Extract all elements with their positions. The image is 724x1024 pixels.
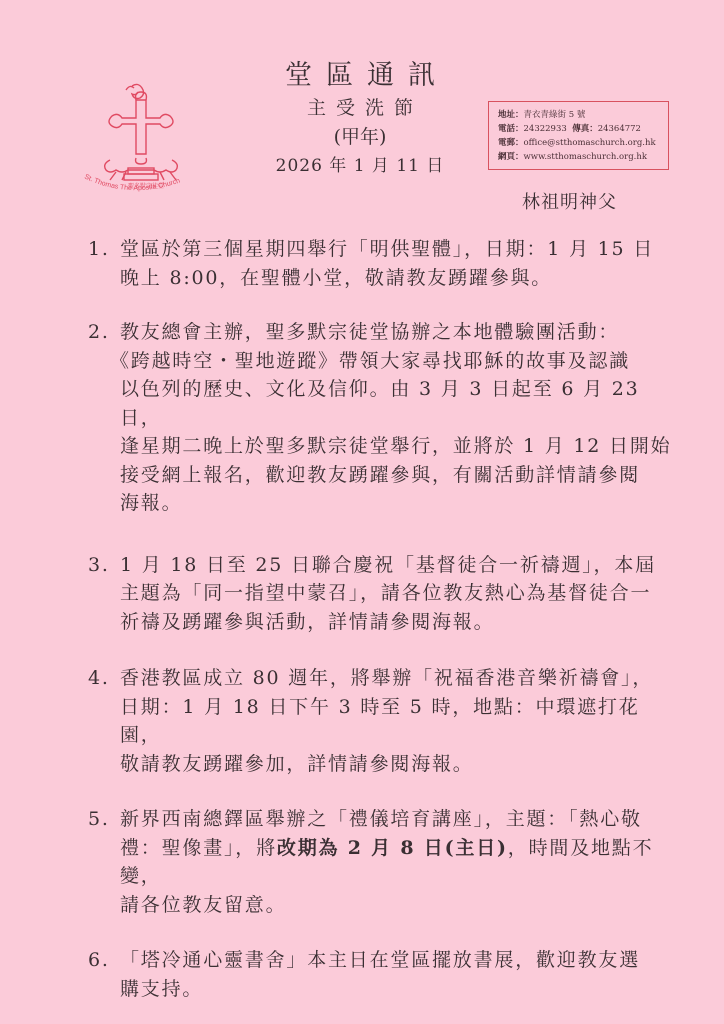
notice-line: 祈禱及踴躍參與活動，詳情請參閱海報。	[120, 608, 678, 637]
phone-value: 24322933	[524, 124, 567, 134]
liturgical-year: (甲年)	[230, 122, 490, 152]
address-row: 地址：青衣青綠街 5 號	[498, 108, 668, 122]
website-row: 網頁：www.stthomaschurch.org.hk	[498, 150, 668, 164]
notice-number: 3.	[88, 551, 110, 580]
notice-line: 以色列的歷史、文化及信仰。由 3 月 3 日起至 6 月 23 日，	[120, 375, 678, 432]
notice-text: 禮：聖像畫」，將	[120, 837, 277, 859]
notice-item: 1. 堂區於第三個星期四舉行「明供聖體」，日期：1 月 15 日 晚上 8:00…	[88, 235, 678, 292]
notice-line: 1 月 18 日至 25 日聯合慶祝「基督徒合一祈禱週」，本屆	[120, 551, 678, 580]
address-value: 青衣青綠街 5 號	[524, 110, 586, 120]
email-label: 電郵：	[498, 138, 524, 148]
church-logo: 聖多默宗徒堂 St. Thomas The Apostle Church	[80, 80, 210, 195]
email-value[interactable]: office@stthomaschurch.org.hk	[524, 138, 656, 148]
notice-line: 海報。	[120, 489, 678, 518]
notice-line: 「塔冷通心靈書舍」本主日在堂區擺放書展，歡迎教友選	[120, 946, 678, 975]
notice-line: 主題為「同一指望中蒙召」，請各位教友熱心為基督徒合一	[120, 579, 678, 608]
notice-line: 購支持。	[120, 975, 678, 1004]
website-label: 網頁：	[498, 152, 524, 162]
notice-line: 敬請教友踴躍參加，詳情請參閱海報。	[120, 750, 678, 779]
address-label: 地址：	[498, 110, 524, 120]
notice-line: 逢星期二晚上於聖多默宗徒堂舉行，並將於 1 月 12 日開始	[120, 432, 678, 461]
notice-item: 6. 「塔冷通心靈書舍」本主日在堂區擺放書展，歡迎教友選 購支持。	[88, 946, 678, 1003]
notice-line: 晚上 8:00，在聖體小堂，敬請教友踴躍參與。	[120, 264, 678, 293]
priest-name: 林祖明神父	[522, 188, 617, 214]
fax-value: 24364772	[598, 124, 641, 134]
newsletter-title: 堂區通訊	[244, 58, 490, 94]
notice-line: 禮：聖像畫」，將改期為 2 月 8 日(主日)，時間及地點不變，	[120, 834, 678, 891]
phone-label: 電話：	[498, 124, 524, 134]
notice-line: 《跨越時空・聖地遊蹤》帶領大家尋找耶穌的故事及認識	[110, 347, 678, 376]
notice-number: 2.	[88, 318, 110, 347]
email-row: 電郵：office@stthomaschurch.org.hk	[498, 136, 668, 150]
notice-line: 新界西南總鐸區舉辦之「禮儀培育講座」，主題：「熱心敬	[120, 805, 678, 834]
notice-number: 1.	[88, 235, 110, 264]
notice-item: 5. 新界西南總鐸區舉辦之「禮儀培育講座」，主題：「熱心敬 禮：聖像畫」，將改期…	[88, 805, 678, 919]
cross-dove-emblem-icon: 聖多默宗徒堂 St. Thomas The Apostle Church	[80, 80, 210, 195]
notice-line: 香港教區成立 80 週年，將舉辦「祝福香港音樂祈禱會」，	[120, 664, 678, 693]
feast-name: 主受洗節	[240, 94, 490, 122]
fax-label: 傳真：	[572, 124, 598, 134]
contact-info-box: 地址：青衣青綠街 5 號 電話：24322933 傳真：24364772 電郵：…	[488, 101, 669, 170]
newsletter-header: 堂區通訊 主受洗節 (甲年) 2026 年 1 月 11 日	[230, 58, 490, 180]
notice-line: 教友總會主辦，聖多默宗徒堂協辦之本地體驗團活動：	[120, 318, 678, 347]
notice-line: 日期：1 月 18 日下午 3 時至 5 時，地點：中環遮打花園，	[120, 693, 678, 750]
notice-number: 6.	[88, 946, 110, 975]
website-value[interactable]: www.stthomaschurch.org.hk	[524, 152, 647, 162]
notice-line: 堂區於第三個星期四舉行「明供聖體」，日期：1 月 15 日	[120, 235, 678, 264]
issue-date: 2026 年 1 月 11 日	[230, 152, 490, 180]
notice-item: 4. 香港教區成立 80 週年，將舉辦「祝福香港音樂祈禱會」， 日期：1 月 1…	[88, 664, 678, 778]
notice-number: 5.	[88, 805, 110, 834]
notice-list: 1. 堂區於第三個星期四舉行「明供聖體」，日期：1 月 15 日 晚上 8:00…	[88, 235, 678, 1003]
phone-row: 電話：24322933 傳真：24364772	[498, 122, 668, 136]
notice-line: 接受網上報名，歡迎教友踴躍參與，有關活動詳情請參閱	[120, 461, 678, 490]
notice-item: 3. 1 月 18 日至 25 日聯合慶祝「基督徒合一祈禱週」，本屆 主題為「同…	[88, 551, 678, 637]
notice-number: 4.	[88, 664, 110, 693]
rescheduled-date-emphasis: 改期為 2 月 8 日(主日)	[277, 837, 508, 859]
notice-item: 2. 教友總會主辦，聖多默宗徒堂協辦之本地體驗團活動： 《跨越時空・聖地遊蹤》帶…	[88, 318, 678, 518]
notice-line: 請各位教友留意。	[120, 891, 678, 920]
